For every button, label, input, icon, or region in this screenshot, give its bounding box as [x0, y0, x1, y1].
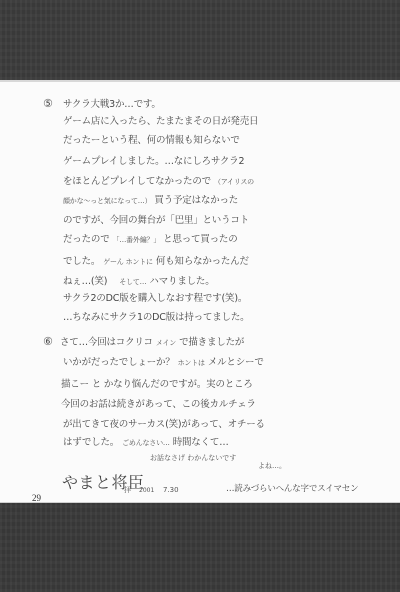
scanned-page: ⑤ サクラ大戦3か…です。 ゲーム店に入ったら、たまたまその日が発売日 だったー…: [0, 0, 400, 592]
line-text: だったーという程、何の情報も知らないで: [63, 135, 240, 146]
line-aside-text: そして…: [119, 278, 146, 286]
line-text: いかがだったでしょーか？: [63, 357, 175, 368]
note-line: 顔かな〜っと気になって…）買う予定はなかった: [63, 195, 238, 207]
line-aside-text: 「…番外編？」: [113, 236, 161, 244]
line-text: …ちなみにサクラ1のDC版は持ってました。: [63, 312, 249, 323]
line-text: ハマりました。: [149, 276, 214, 287]
circled-number-marker: ⑤: [43, 98, 53, 110]
note-line: ねぇ…(笑)そして…ハマりました。: [63, 276, 215, 288]
line-aside-text: ホントは: [178, 359, 205, 367]
note-line: ゲームプレイしました。…なにしろサクラ2: [63, 156, 244, 168]
line-aside-text: メイン: [156, 339, 176, 347]
scan-border-top: [0, 0, 400, 80]
page-number: 29: [32, 493, 41, 503]
line-text: だったので: [63, 234, 110, 245]
signature-suffix: 拝: [124, 486, 131, 494]
note-line: さて…今回はコクリコメインで描きましたが: [60, 337, 244, 349]
note-line: が出てきて夜のサーカス(笑)があって、オチーる: [63, 419, 265, 431]
line-text: 時間なくて…: [173, 437, 229, 448]
circled-number-marker: ⑥: [43, 336, 53, 348]
note-line: …ちなみにサクラ1のDC版は持ってました。: [63, 312, 249, 324]
line-text: と思って買ったの: [163, 234, 237, 245]
line-text: メルとシーで: [208, 357, 264, 368]
note-line: サクラ大戦3か…です。: [63, 99, 161, 111]
note-line: はずでした。ごめんなさい…時間なくて…: [63, 437, 229, 449]
small-aside-note: よね…。: [258, 462, 286, 471]
line-text: 何も知らなかったんだ: [156, 256, 249, 267]
line-text: 今回のお話は続きがあって、この後カルチェラ: [61, 399, 256, 410]
line-aside-text: ゲーん ホントに: [103, 258, 153, 266]
line-text: サクラ大戦3か…です。: [63, 99, 161, 110]
line-text: をほとんどプレイしてなかったので: [63, 176, 211, 187]
line-text: さて…今回はコクリコ: [60, 337, 153, 348]
note-line: でした。ゲーん ホントに何も知らなかったんだ: [63, 256, 249, 268]
note-line: 今回のお話は続きがあって、この後カルチェラ: [61, 399, 256, 411]
apology-note: …読みづらいへんな字でスイマセン: [226, 484, 358, 494]
line-text: のですが、今回の舞台が「巴里」というコト: [63, 215, 249, 226]
line-text: 買う予定はなかった: [154, 195, 238, 206]
author-signature: やまと将臣: [62, 474, 145, 492]
line-text: ゲームプレイしました。…なにしろサクラ2: [63, 156, 244, 167]
note-line: だったので「…番外編？」と思って買ったの: [63, 234, 238, 246]
line-text: ねぇ…(笑): [63, 276, 107, 287]
signature-date: 7.30: [163, 486, 179, 494]
line-aside-text: （アイリスの: [214, 178, 254, 186]
note-line: のですが、今回の舞台が「巴里」というコト: [63, 215, 249, 227]
line-text: 描こー と かなり悩んだのですが。実のところ: [61, 379, 253, 390]
note-line: だったーという程、何の情報も知らないで: [63, 135, 240, 147]
scan-border-bottom: [0, 503, 400, 592]
line-text: で描きましたが: [179, 337, 244, 348]
note-line: ゲーム店に入ったら、たまたまその日が発売日: [63, 116, 258, 128]
line-text: はずでした。: [63, 437, 119, 448]
note-line: サクラ2のDC版を購入しなおす程です(笑)。: [63, 293, 247, 305]
line-text: サクラ2のDC版を購入しなおす程です(笑)。: [63, 293, 247, 304]
note-line: をほとんどプレイしてなかったので（アイリスの: [63, 176, 257, 188]
note-line: いかがだったでしょーか？ホントはメルとシーで: [63, 357, 264, 369]
line-aside-text: 顔かな〜っと気になって…）: [63, 197, 151, 205]
line-text: ゲーム店に入ったら、たまたまその日が発売日: [63, 116, 258, 127]
line-text: でした。: [63, 256, 100, 267]
line-aside-text: ごめんなさい…: [122, 439, 170, 447]
line-text: が出てきて夜のサーカス(笑)があって、オチーる: [63, 419, 265, 430]
signature-date-year: 2001: [139, 487, 154, 494]
small-aside-note: お話なさげ わかんないです: [150, 454, 236, 463]
note-line: 描こー と かなり悩んだのですが。実のところ: [61, 379, 253, 391]
